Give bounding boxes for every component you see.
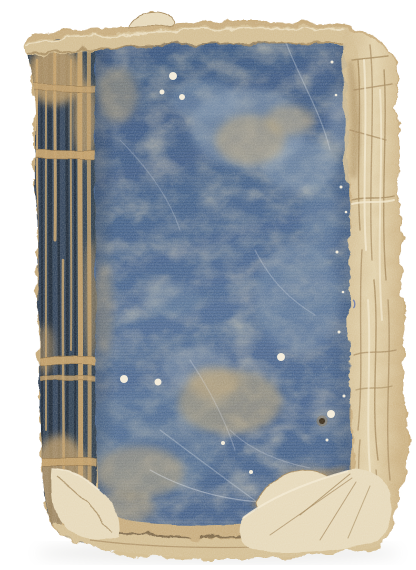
photo-grain [20, 10, 416, 565]
book-photo: Photograph of a worn antique book standi… [0, 0, 416, 570]
book-illustration [0, 0, 416, 570]
